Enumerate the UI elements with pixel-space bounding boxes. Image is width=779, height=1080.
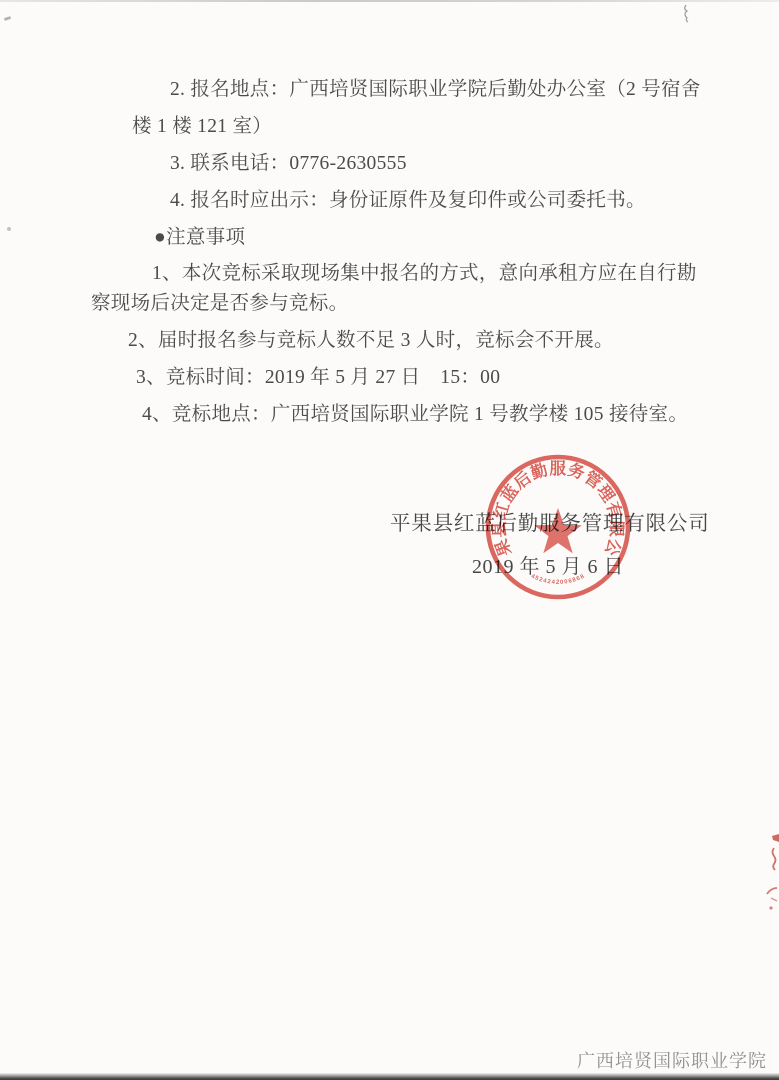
note-3-bid-time: 3、竞标时间：2019 年 5 月 27 日 15：00: [136, 361, 500, 389]
scan-squiggle-mark: [679, 3, 693, 23]
red-ink-bleed-marks: [758, 830, 779, 920]
seal-ring-text: 平果县红蓝后勤服务管理有限公司: [473, 442, 627, 559]
note-1-cont: 察现场后决定是否参与竞标。: [91, 287, 348, 315]
svg-text:平果县红蓝后勤服务管理有限公司: 平果县红蓝后勤服务管理有限公司: [473, 442, 627, 559]
signature-date: 2019 年 5 月 6 日: [472, 550, 624, 579]
line-registration-location-cont: 楼 1 楼 121 室）: [132, 110, 272, 138]
signature-company: 平果县红蓝后勤服务管理有限公司: [390, 506, 710, 536]
line-contact-phone: 3. 联系电话：0776-2630555: [170, 147, 407, 175]
scan-edge-bottom: [0, 1073, 779, 1080]
footer-watermark: 广西培贤国际职业学院: [577, 1047, 767, 1073]
note-1: 1、本次竞标采取现场集中报名的方式，意向承租方应在自行勘: [152, 257, 697, 285]
note-4-bid-location: 4、竞标地点：广西培贤国际职业学院 1 号教学楼 105 接待室。: [142, 398, 688, 426]
notes-heading: ●注意事项: [154, 221, 245, 249]
scan-speck: [7, 227, 11, 231]
scan-speck: [4, 16, 12, 21]
line-registration-location: 2. 报名地点：广西培贤国际职业学院后勤处办公室（2 号宿舍: [170, 73, 701, 101]
note-2: 2、届时报名参与竞标人数不足 3 人时，竞标会不开展。: [128, 324, 614, 352]
scan-edge-top: [0, 0, 779, 2]
scanned-document-page: 2. 报名地点：广西培贤国际职业学院后勤处办公室（2 号宿舍 楼 1 楼 121…: [0, 0, 779, 1080]
line-registration-documents: 4. 报名时应出示：身份证原件及复印件或公司委托书。: [170, 184, 646, 212]
